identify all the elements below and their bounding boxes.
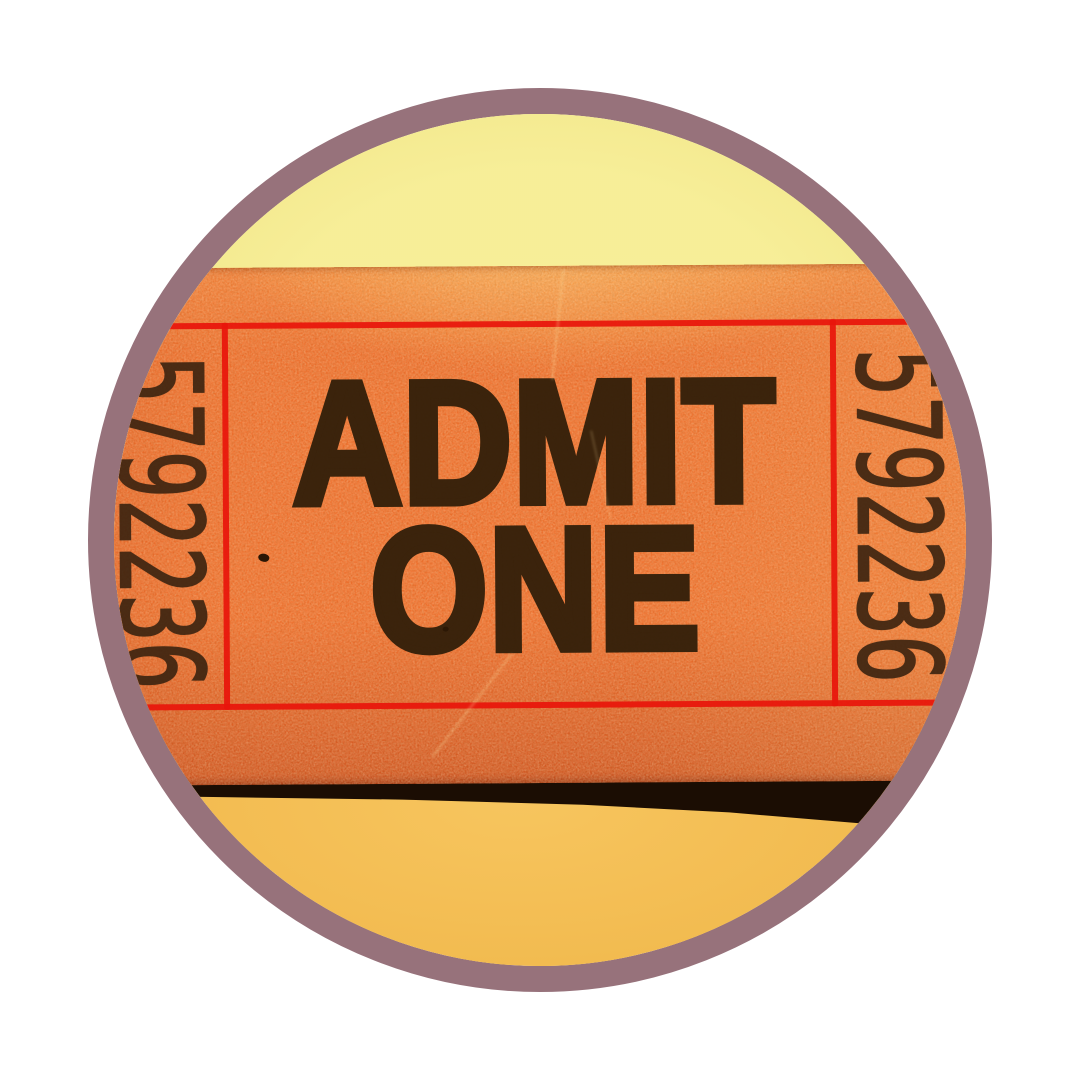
ticket-photo: ADMIT ONE 5792236 5792236 (88, 88, 992, 992)
ticket: ADMIT ONE 5792236 5792236 (88, 88, 992, 992)
serial-number-left: 5792236 (100, 355, 217, 690)
one-word: ONE (370, 501, 701, 677)
serial-number-right: 5792236 (838, 348, 955, 683)
ink-fleck-small (443, 627, 449, 632)
circle-frame: ADMIT ONE 5792236 5792236 (88, 88, 992, 992)
ticket-photo-badge: ADMIT ONE 5792236 5792236 (0, 0, 1080, 1080)
